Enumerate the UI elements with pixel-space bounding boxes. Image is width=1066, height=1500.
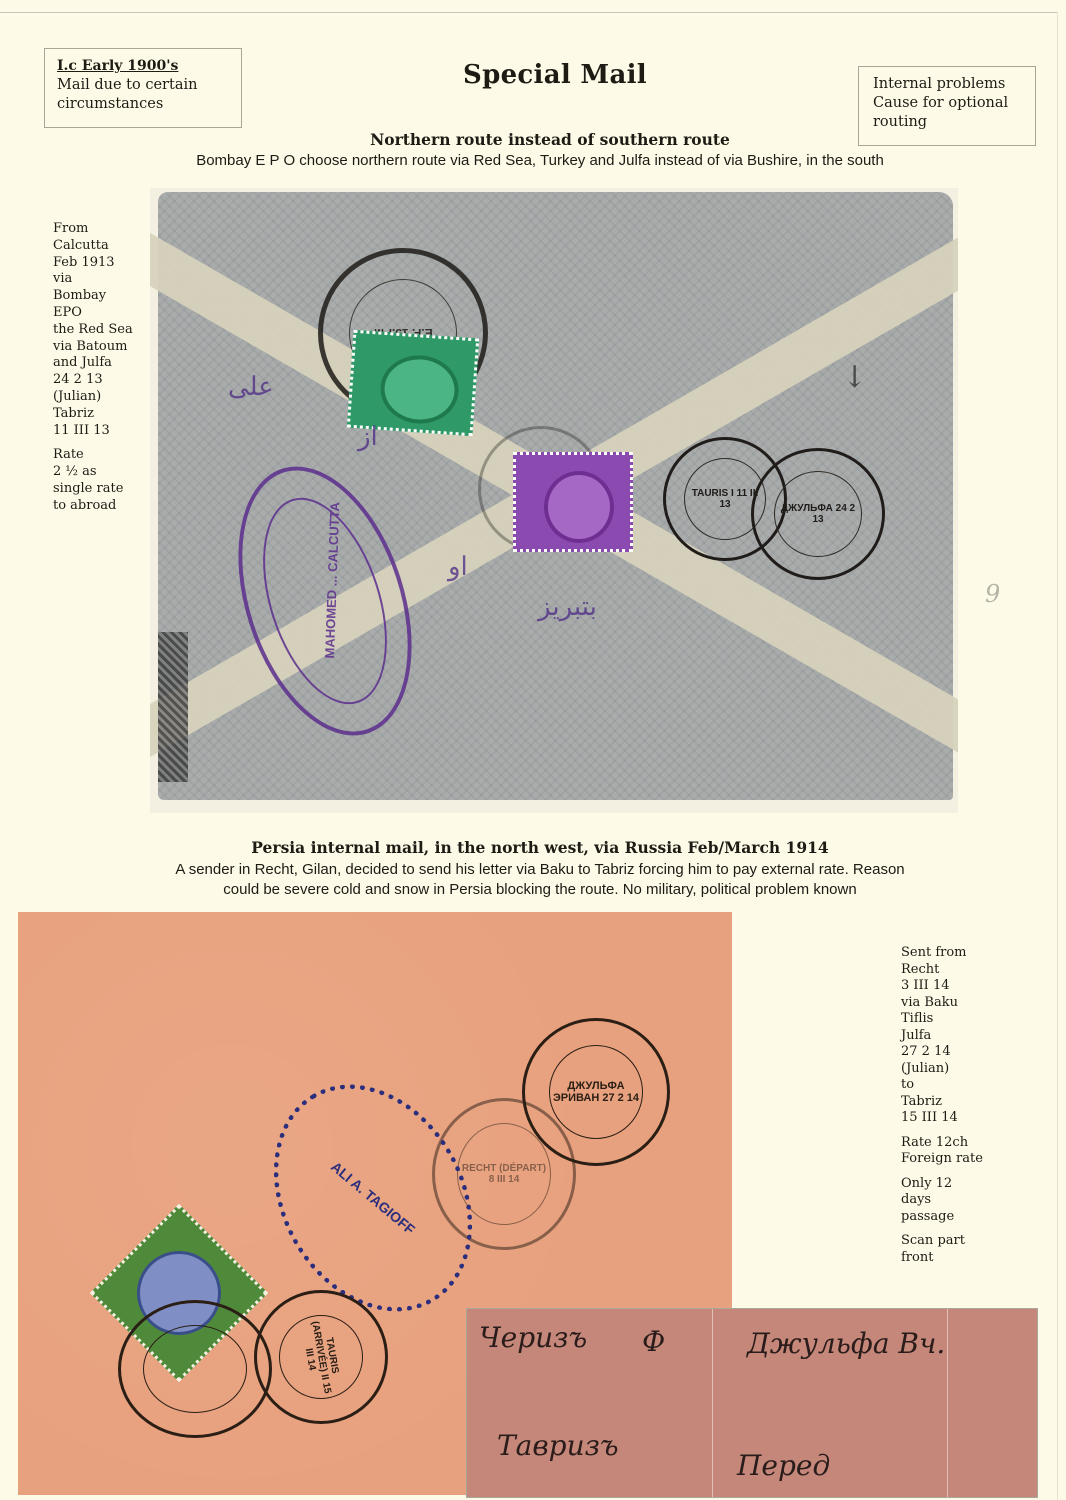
king-portrait-icon bbox=[378, 353, 461, 426]
half-anna-stamp bbox=[347, 330, 480, 437]
tauris-arrivee-postmark: TAURIS (ARRIVÉE) II 15 III 14 bbox=[254, 1290, 388, 1424]
scan-front-inset: Черизъ Ф Джульфа Вч. Тавризъ Перед bbox=[466, 1308, 1038, 1498]
handwritten-word: Тавризъ bbox=[497, 1429, 619, 1462]
route-note: Sent from Recht 3 III 14 via Baku Tiflis… bbox=[901, 945, 1011, 1127]
page-top-edge bbox=[0, 12, 1058, 13]
section2-heading: Persia internal mail, in the north west,… bbox=[100, 838, 980, 857]
envelope-back: E.F. 15.PM TAURIS I 11 III 13 ДЖУЛЬФА 24… bbox=[158, 192, 953, 800]
route-note: From Calcutta Feb 1913 via Bombay EPO th… bbox=[53, 221, 153, 439]
pencil-page-number: 9 bbox=[985, 580, 1000, 608]
handwriting-mark: ﺍﺯ bbox=[358, 422, 378, 452]
section-label-box: I.c Early 1900's Mail due to certain cir… bbox=[44, 48, 242, 128]
king-portrait-icon bbox=[544, 471, 614, 543]
topic-line: Internal problems bbox=[873, 75, 1021, 94]
handwritten-word: Ф bbox=[642, 1325, 665, 1358]
section1-heading: Northern route instead of southern route bbox=[200, 130, 900, 149]
rate-note: Rate 12ch Foreign rate bbox=[901, 1135, 1011, 1168]
handwriting-mark: ﺑﺘﺒﺮﻳﺰ bbox=[538, 592, 597, 622]
page-right-edge bbox=[1057, 12, 1058, 1500]
section2-side-note: Sent from Recht 3 III 14 via Baku Tiflis… bbox=[901, 945, 1011, 1274]
rate-note: Rate 2 ½ as single rate to abroad bbox=[53, 447, 153, 514]
handwriting-mark: ﻋﻠﻰ bbox=[228, 372, 274, 402]
handwritten-word: Черизъ bbox=[479, 1321, 587, 1354]
section1-description: Bombay E P O choose northern route via R… bbox=[100, 152, 980, 169]
pencil-arrow-icon: ↓ bbox=[842, 360, 867, 395]
section2-description: A sender in Recht, Gilan, decided to sen… bbox=[90, 860, 990, 900]
cover-image-1: E.F. 15.PM TAURIS I 11 III 13 ДЖУЛЬФА 24… bbox=[150, 188, 958, 813]
scan-note: Scan part front bbox=[901, 1233, 1011, 1266]
section-label-line: circumstances bbox=[57, 95, 229, 114]
handwritten-word: Джульфа Вч. bbox=[747, 1327, 945, 1360]
handwriting-mark: ﺍﻭ bbox=[448, 552, 468, 582]
topic-line: Cause for optional bbox=[873, 94, 1021, 113]
julfa-postmark: ДЖУЛЬФА 24 2 13 bbox=[751, 448, 885, 580]
torn-edge bbox=[158, 632, 188, 782]
recht-depart-postmark bbox=[118, 1300, 272, 1438]
passage-note: Only 12 days passage bbox=[901, 1176, 1011, 1226]
handwritten-word: Перед bbox=[737, 1449, 830, 1482]
section1-side-note: From Calcutta Feb 1913 via Bombay EPO th… bbox=[53, 221, 153, 523]
section-label-line: Mail due to certain bbox=[57, 76, 229, 95]
india-postage-stamp bbox=[513, 452, 633, 552]
page-title: Special Mail bbox=[440, 60, 670, 90]
section-label-heading: I.c Early 1900's bbox=[57, 57, 229, 76]
